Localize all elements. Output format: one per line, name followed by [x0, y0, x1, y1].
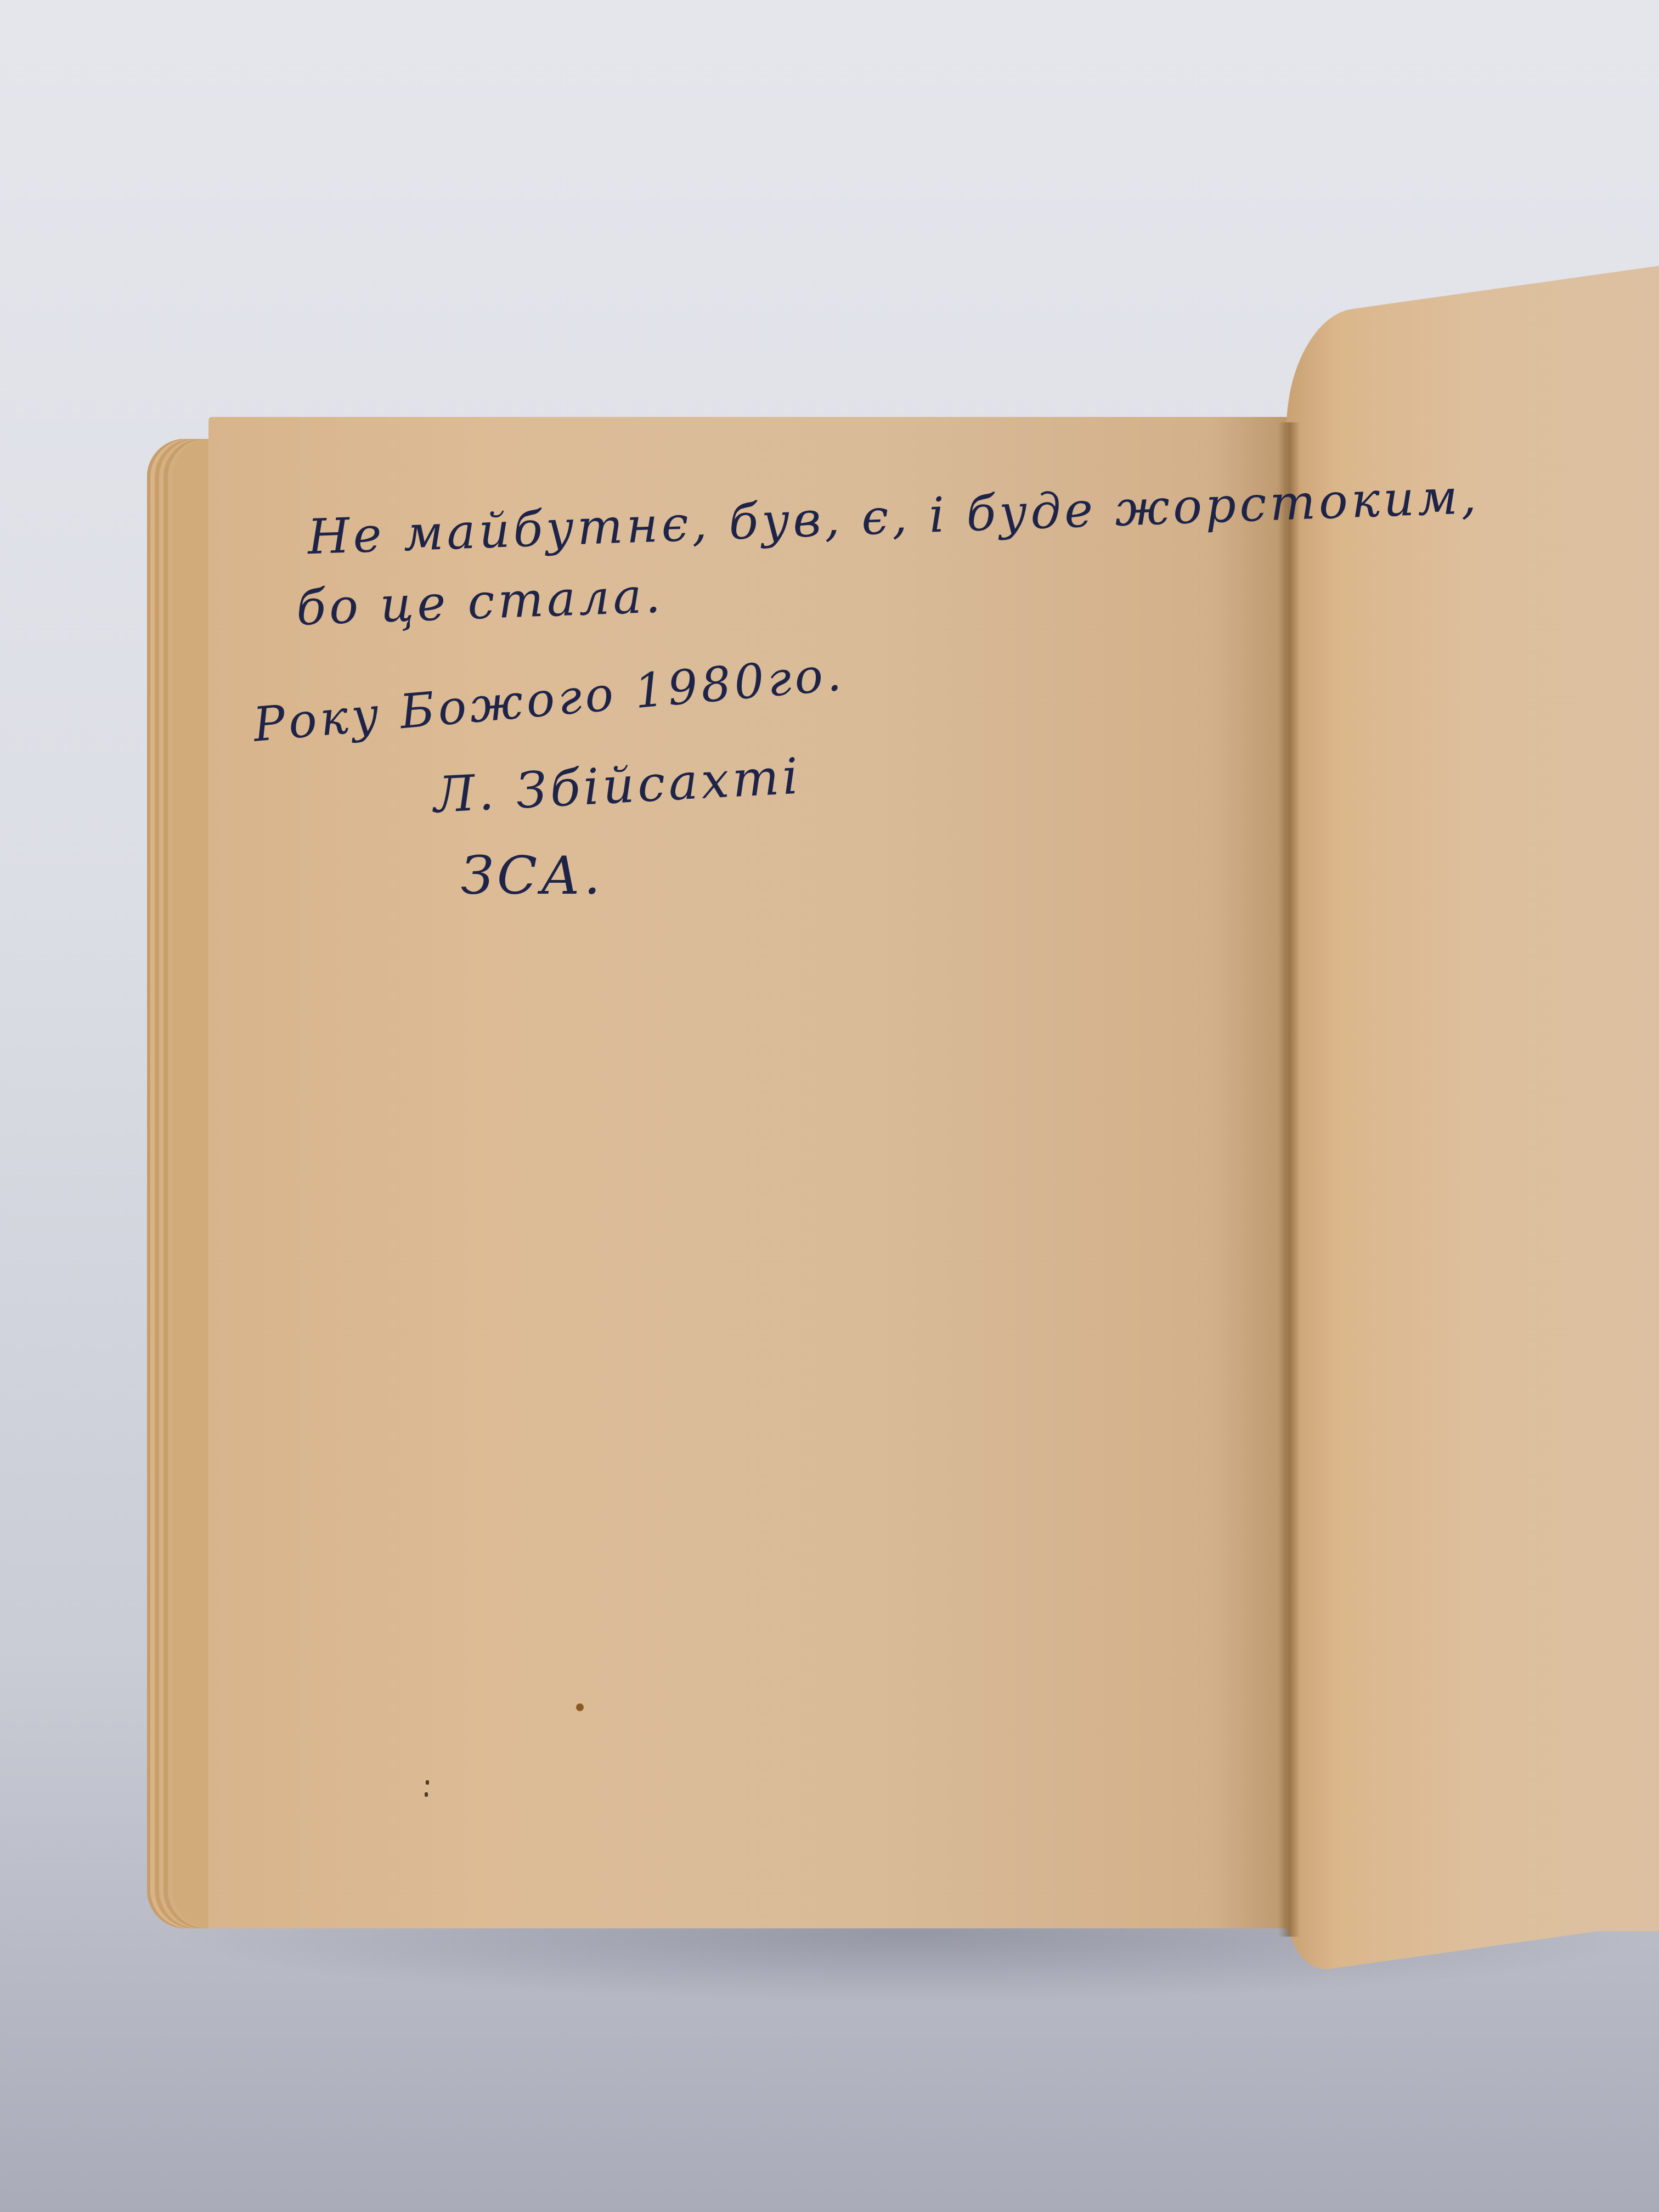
foxing-spot	[576, 1703, 584, 1711]
inscription-line-1: Не майбутнє, був, є, і буде жорстоким,	[307, 468, 1481, 566]
handwritten-inscription: Не майбутнє, був, є, і буде жорстоким, б…	[0, 0, 1659, 2212]
inscription-signature: Л. Збійсахті	[432, 748, 803, 825]
ink-specks	[422, 1780, 433, 1802]
inscription-line-2: бо це стала.	[295, 567, 664, 636]
inscription-date: Року Божого 1980го.	[251, 646, 847, 753]
inscription-location: ЗСА.	[461, 845, 603, 906]
